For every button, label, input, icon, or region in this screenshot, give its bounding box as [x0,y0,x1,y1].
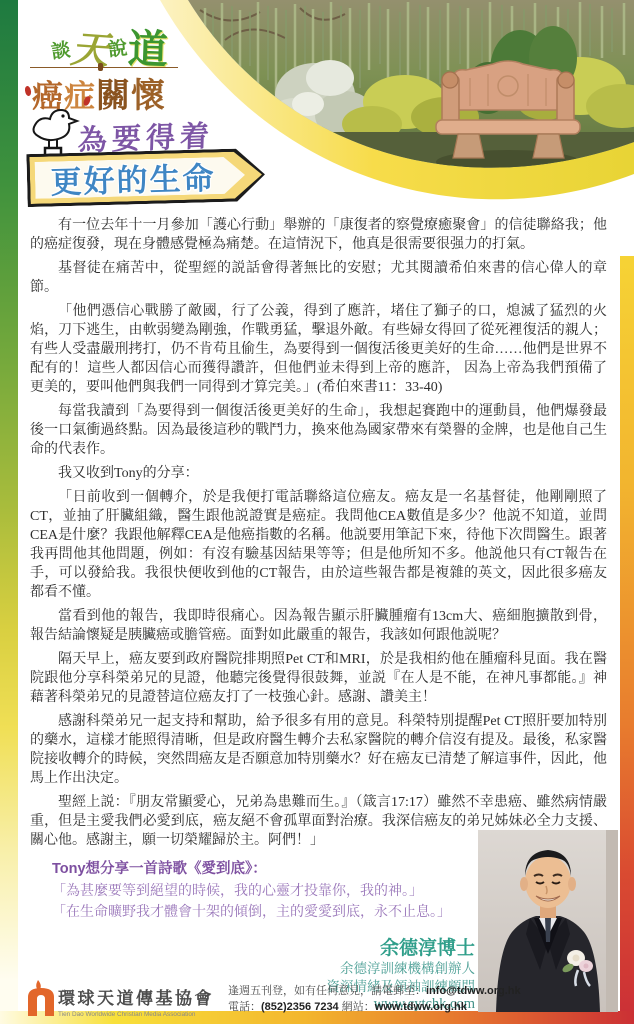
footer-contact: 逢週五刊登，如有任何意見，請電郵至：info@tdww.org.hk 電話：(8… [228,983,521,1015]
footer-line1: 逢週五刊登，如有任何意見，請電郵至：info@tdww.org.hk [228,983,521,999]
footer-line1-text: 逢週五刊登，如有任何意見，請電郵至： [228,985,426,997]
series-char: 談 [49,35,72,64]
right-gradient-strip [620,256,634,1011]
feature-title-main: 更好的生命 [26,152,239,203]
column-char: 懷 [131,78,166,115]
paragraph: 「他們憑信心戰勝了敵國，行了公義，得到了應許，堵住了獅子的口，熄滅了猛烈的火焰，… [30,302,607,397]
left-gradient-strip [0,0,18,1011]
footer-web-label: 網站： [339,1001,375,1013]
org-name-en: Tien Dao Worldwide Christian Media Assoc… [58,1011,214,1018]
paragraph: 每當我讀到「為要得到一個復活後更美好的生命」，我想起賽跑中的運動員，他們爆發最後… [30,402,607,459]
footer-email: info@tdww.org.hk [426,985,521,997]
series-char: 說 [107,33,129,62]
paragraph: 當看到他的報告，我即時很痛心。因為報告顯示肝臟腫瘤有13cm大、癌細胞擴散到骨，… [30,607,607,645]
paragraph: 我又收到Tony的分享： [30,464,607,483]
org-name-block: 環球天道傳基協會 Tien Dao Worldwide Christian Me… [58,984,214,1018]
org-logo-icon [26,980,56,1016]
paragraph: 有一位去年十一月參加「護心行動」舉辦的「康復者的察覺療癒聚會」的信徒聯絡我；他的… [30,216,607,254]
feature-title-signpost: 更好的生命 [26,148,265,207]
author-name: 余德淳博士 [30,933,475,960]
org-name-zh: 環球天道傳基協會 [58,984,214,1009]
author-title: 余德淳訓練機構創辦人 [30,960,475,978]
paragraph: 基督徒在痛苦中，從聖經的説話會得著無比的安慰；尤其閱讀希伯來書的信心偉人的章節。 [30,259,607,297]
column-char: 關 [96,78,131,115]
paragraph: 隔天早上，癌友要到政府醫院排期照Pet CT和MRI，於是我相約他在腫瘤科見面。… [30,650,607,707]
paragraph: 「日前收到一個轉介，於是我便打電話聯絡這位癌友。癌友是一名基督徒，他剛剛照了CT… [30,488,607,602]
footer-tel: (852)2356 7234 [261,1001,339,1013]
paragraph: 感謝科榮弟兄一起支持和幫助，給予很多有用的意見。科榮特別提醒Pet CT照肝要加… [30,712,607,788]
footer-website: www.tdww.org.hk [375,1001,467,1013]
footer-tel-label: 電話： [228,1001,261,1013]
newsletter-page: 談天說道 癌症關懷 為要得着 更好的生命 有一位去年十一月參加「護心行動」舉辦的… [0,0,634,1024]
footer-line2: 電話：(852)2356 7234 網站：www.tdww.org.hk [228,999,521,1015]
